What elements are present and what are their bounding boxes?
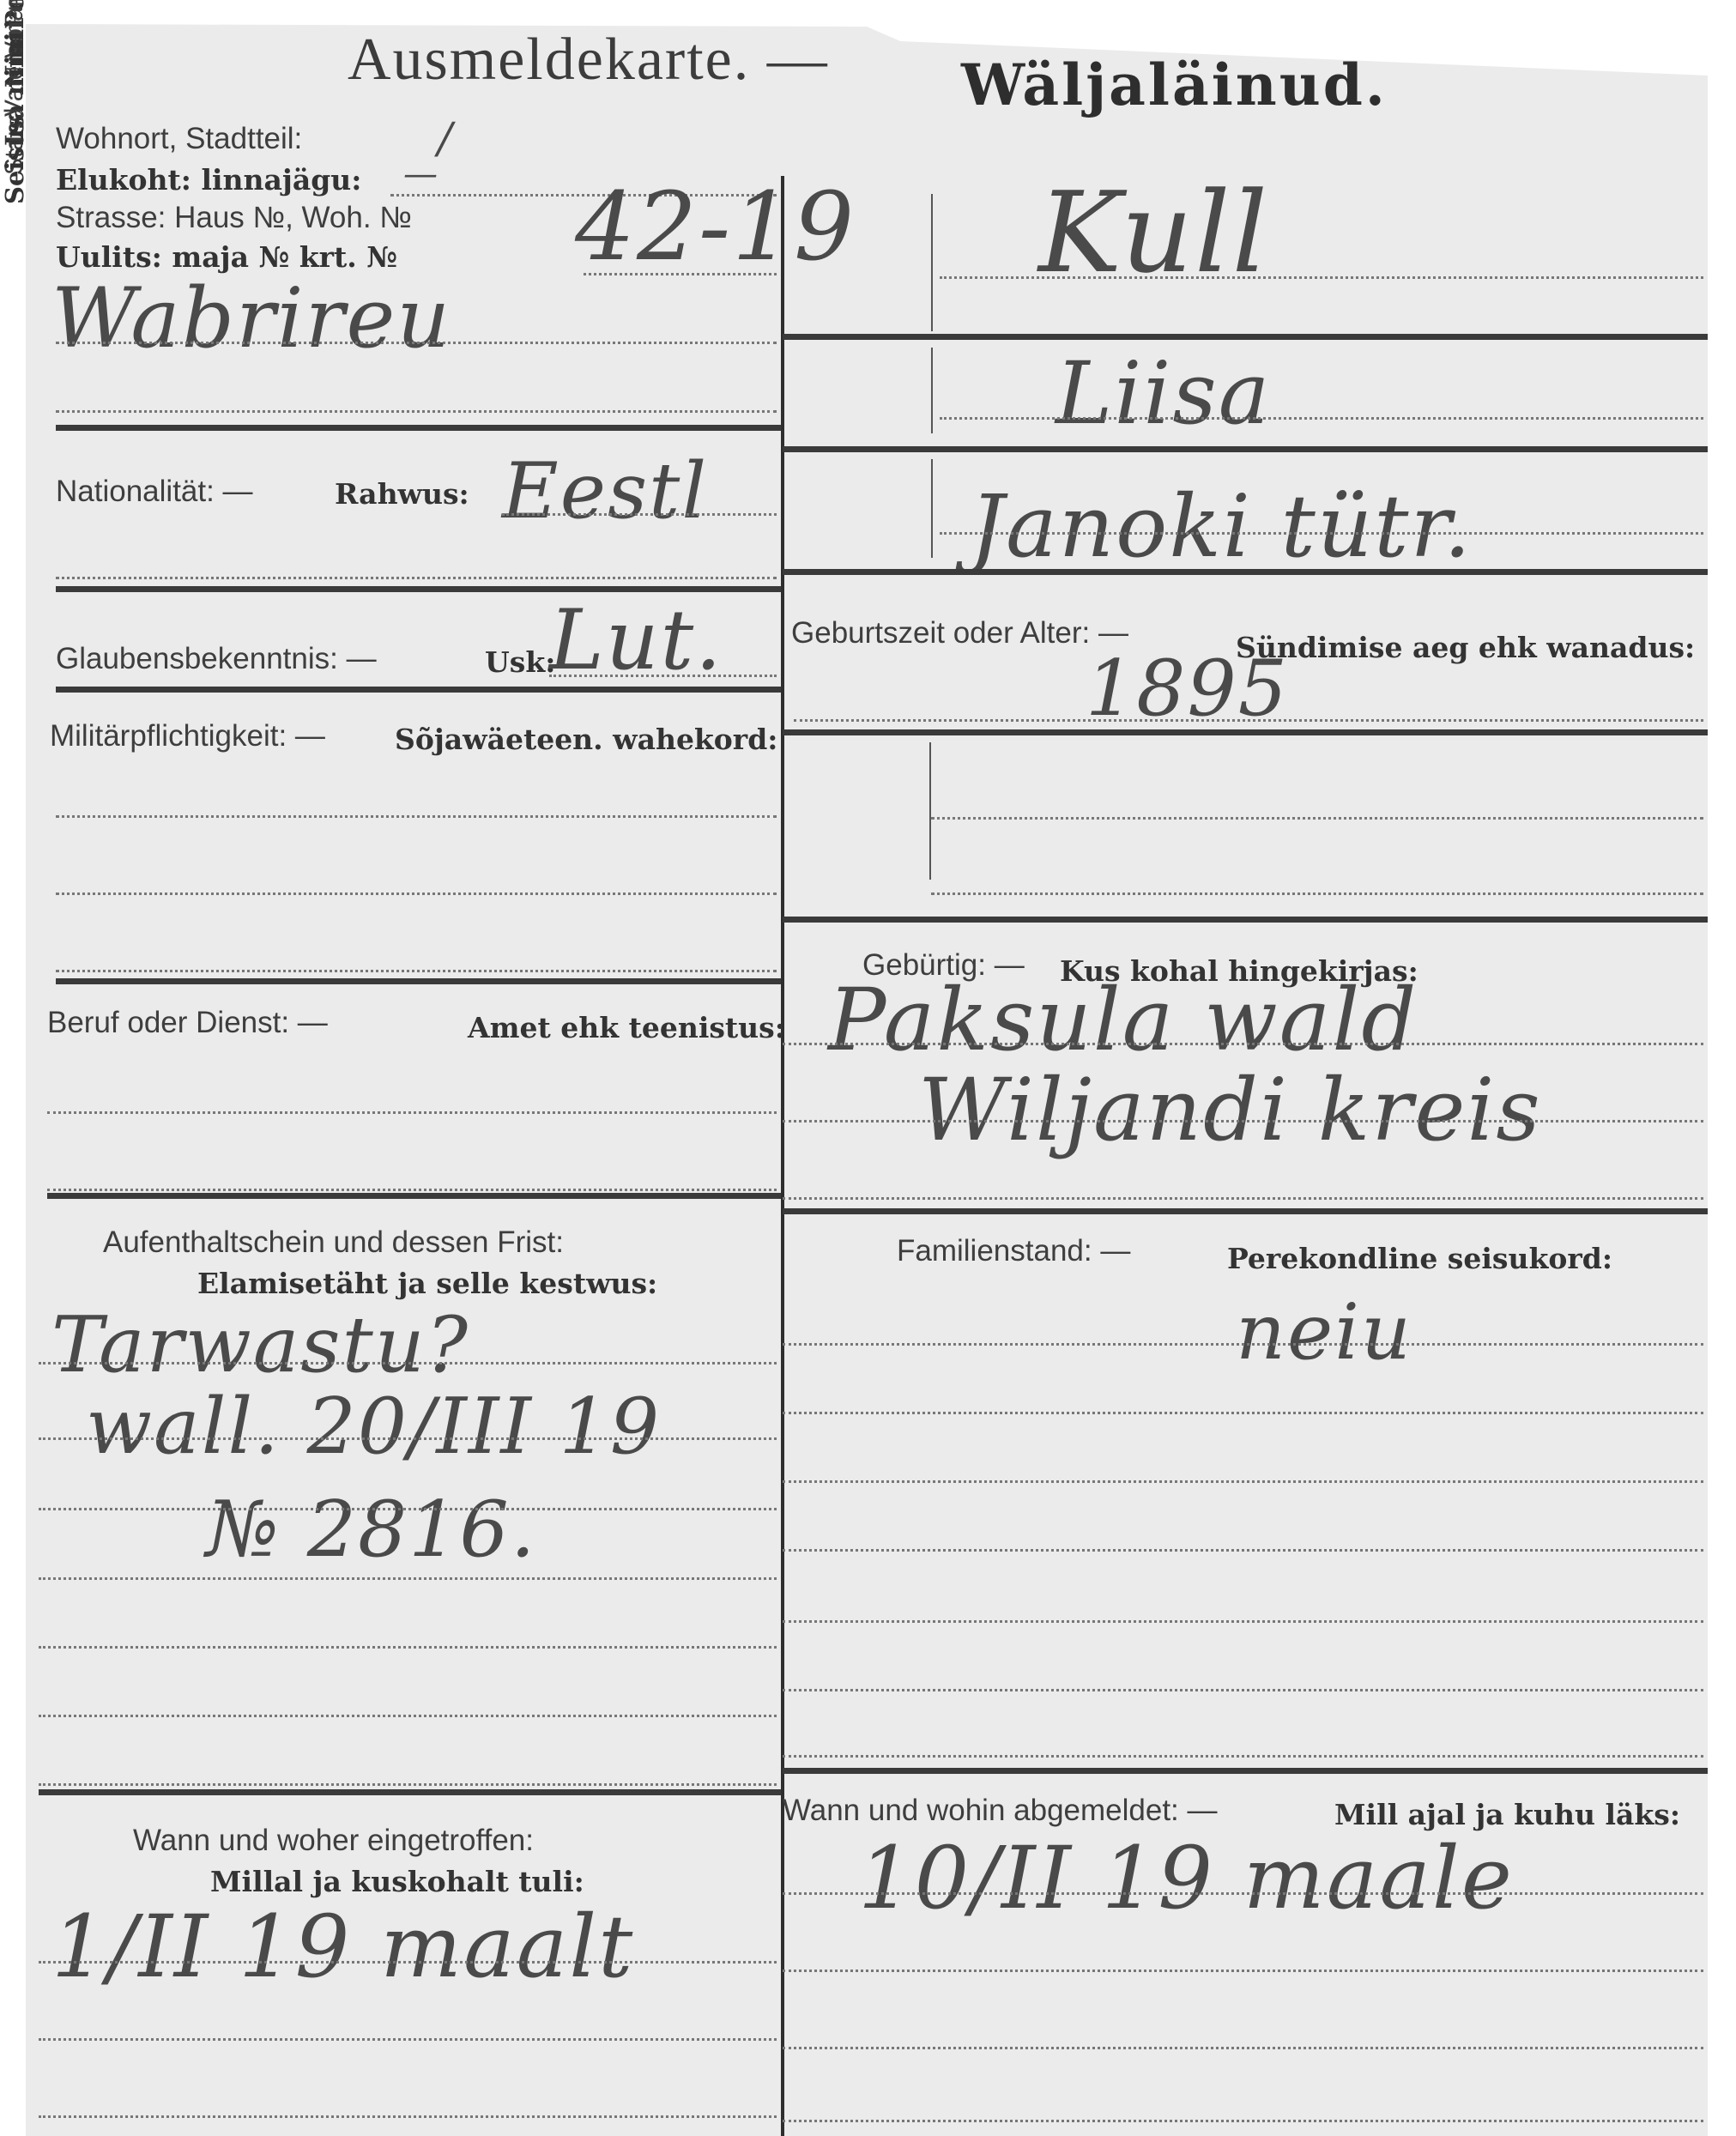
dotted-line: [931, 893, 1703, 895]
departure-value: 10/II 19 maale: [858, 1828, 1514, 1928]
dotted-line: [940, 276, 1703, 279]
dotted-line: [783, 2120, 1703, 2122]
dotted-line: [502, 513, 777, 516]
section-divider: [783, 569, 1708, 575]
dotted-line: [783, 1343, 1703, 1346]
dotted-line: [783, 1689, 1703, 1691]
dotted-line: [39, 1362, 777, 1364]
dotted-line: [47, 1189, 777, 1191]
dotted-line: [584, 273, 777, 275]
dotted-line: [549, 675, 777, 677]
section-divider: [783, 917, 1708, 923]
military-label-et: Sõjawäeteen. wahekord:: [395, 723, 777, 756]
dotted-line: [39, 1508, 777, 1510]
religion-label-de: Glaubensbekenntnis: —: [56, 642, 377, 676]
dotted-line: [783, 1197, 1703, 1200]
residence-label-et: Elukoht: linnajägu:: [56, 163, 361, 197]
permit-label-de: Aufenthaltschein und dessen Frist:: [103, 1225, 564, 1260]
street-name-value: Wabrireu: [51, 270, 451, 366]
section-divider: [783, 1208, 1708, 1214]
dotted-line: [47, 1111, 777, 1114]
residence-district-value: /: [438, 113, 454, 163]
status-label-et: Seisus: [0, 0, 29, 204]
dotted-line: [783, 1480, 1703, 1483]
dotted-line: [39, 1783, 777, 1786]
firstname-value: Liisa: [1056, 343, 1271, 444]
section-divider: [56, 978, 781, 984]
birthplace-value-line2: Wiljandi kreis: [918, 1060, 1542, 1160]
title-german: Ausmeldekarte. —: [348, 26, 829, 94]
dotted-line: [783, 1412, 1703, 1414]
label-divider: [931, 194, 933, 331]
dotted-line: [56, 970, 777, 972]
occupation-label-et: Amet ehk teenistus:: [468, 1011, 785, 1044]
permit-value-line2: wall. 20/III 19: [86, 1382, 661, 1472]
nationality-value: Eestl: [502, 446, 708, 536]
arrival-value: 1/II 19 maalt: [51, 1897, 634, 1997]
military-label-de: Militärpflichtigkeit: —: [50, 719, 325, 753]
dotted-line: [794, 719, 1703, 722]
label-divider: [931, 459, 933, 558]
dotted-line: [783, 1043, 1703, 1045]
street-label-et: Uulits: maja № krt. №: [56, 240, 397, 274]
section-divider: [56, 586, 781, 592]
dotted-line: [783, 1120, 1703, 1122]
section-divider: [56, 425, 781, 431]
section-divider: [783, 729, 1708, 735]
dotted-line: [783, 1755, 1703, 1758]
section-divider: [783, 1768, 1708, 1774]
arrival-label-et: Millal ja kuskohalt tuli:: [210, 1865, 584, 1898]
dotted-line: [39, 1646, 777, 1649]
nationality-label-de: Nationalität: —: [56, 475, 253, 509]
departure-label-et: Mill ajal ja kuhu läks:: [1334, 1798, 1680, 1831]
departure-label-de: Wann und wohin abgemeldet: —: [783, 1794, 1218, 1828]
family-status-label-de: Familienstand: —: [897, 1234, 1130, 1268]
residence-label-de: Wohnort, Stadtteil:: [56, 122, 302, 156]
section-divider: [47, 1193, 781, 1199]
dotted-line: [783, 1620, 1703, 1623]
section-divider: [783, 446, 1708, 452]
center-divider: [781, 176, 784, 2136]
dotted-line: [56, 342, 777, 344]
dotted-line: [56, 410, 777, 413]
nationality-label-et: Rahwus:: [335, 477, 469, 511]
dotted-line: [39, 1577, 777, 1580]
family-status-value: neiu: [1236, 1287, 1412, 1377]
arrival-label-de: Wann und woher eingetroffen:: [133, 1824, 534, 1858]
house-number-value: 42-19: [575, 172, 856, 281]
dotted-line: [56, 893, 777, 895]
dotted-line: [783, 2047, 1703, 2049]
birthplace-value-line1: Paksula wald: [828, 970, 1418, 1070]
dotted-line: [39, 1961, 777, 1964]
permit-value-line1: Tarwastu?: [51, 1300, 469, 1390]
dotted-line: [940, 532, 1703, 535]
residence-district-value-2: —: [403, 154, 439, 194]
dotted-line: [931, 817, 1703, 820]
dotted-line: [39, 1715, 777, 1717]
street-label-de: Strasse: Haus №, Woh. №: [56, 201, 412, 235]
dotted-line: [783, 1549, 1703, 1552]
dotted-line: [39, 2115, 777, 2118]
title-estonian: Wäljaläinud.: [961, 51, 1388, 118]
dotted-line: [39, 1437, 777, 1440]
occupation-label-de: Beruf oder Dienst: —: [47, 1006, 328, 1040]
dotted-line: [39, 2038, 777, 2041]
family-status-label-et: Perekondline seisukord:: [1227, 1242, 1612, 1275]
dotted-line: [56, 577, 777, 579]
religion-label-et: Usk:: [485, 645, 555, 679]
birth-label-de: Geburtszeit oder Alter: —: [791, 616, 1128, 650]
dotted-line: [56, 815, 777, 818]
permit-label-et: Elamisetäht ja selle kestwus:: [197, 1267, 657, 1300]
section-divider: [783, 334, 1708, 340]
birth-label-et: Sündimise aeg ehk wanadus:: [1236, 631, 1695, 664]
label-divider: [929, 742, 931, 880]
dotted-line: [940, 417, 1703, 420]
section-divider: [56, 687, 781, 693]
dotted-line: [783, 1892, 1703, 1895]
permit-value-line3: № 2816.: [206, 1485, 536, 1575]
patronymic-value: Janoki tütr.: [970, 476, 1473, 577]
dotted-line: [783, 1970, 1703, 1972]
section-divider: [39, 1789, 781, 1795]
label-divider: [931, 348, 933, 433]
